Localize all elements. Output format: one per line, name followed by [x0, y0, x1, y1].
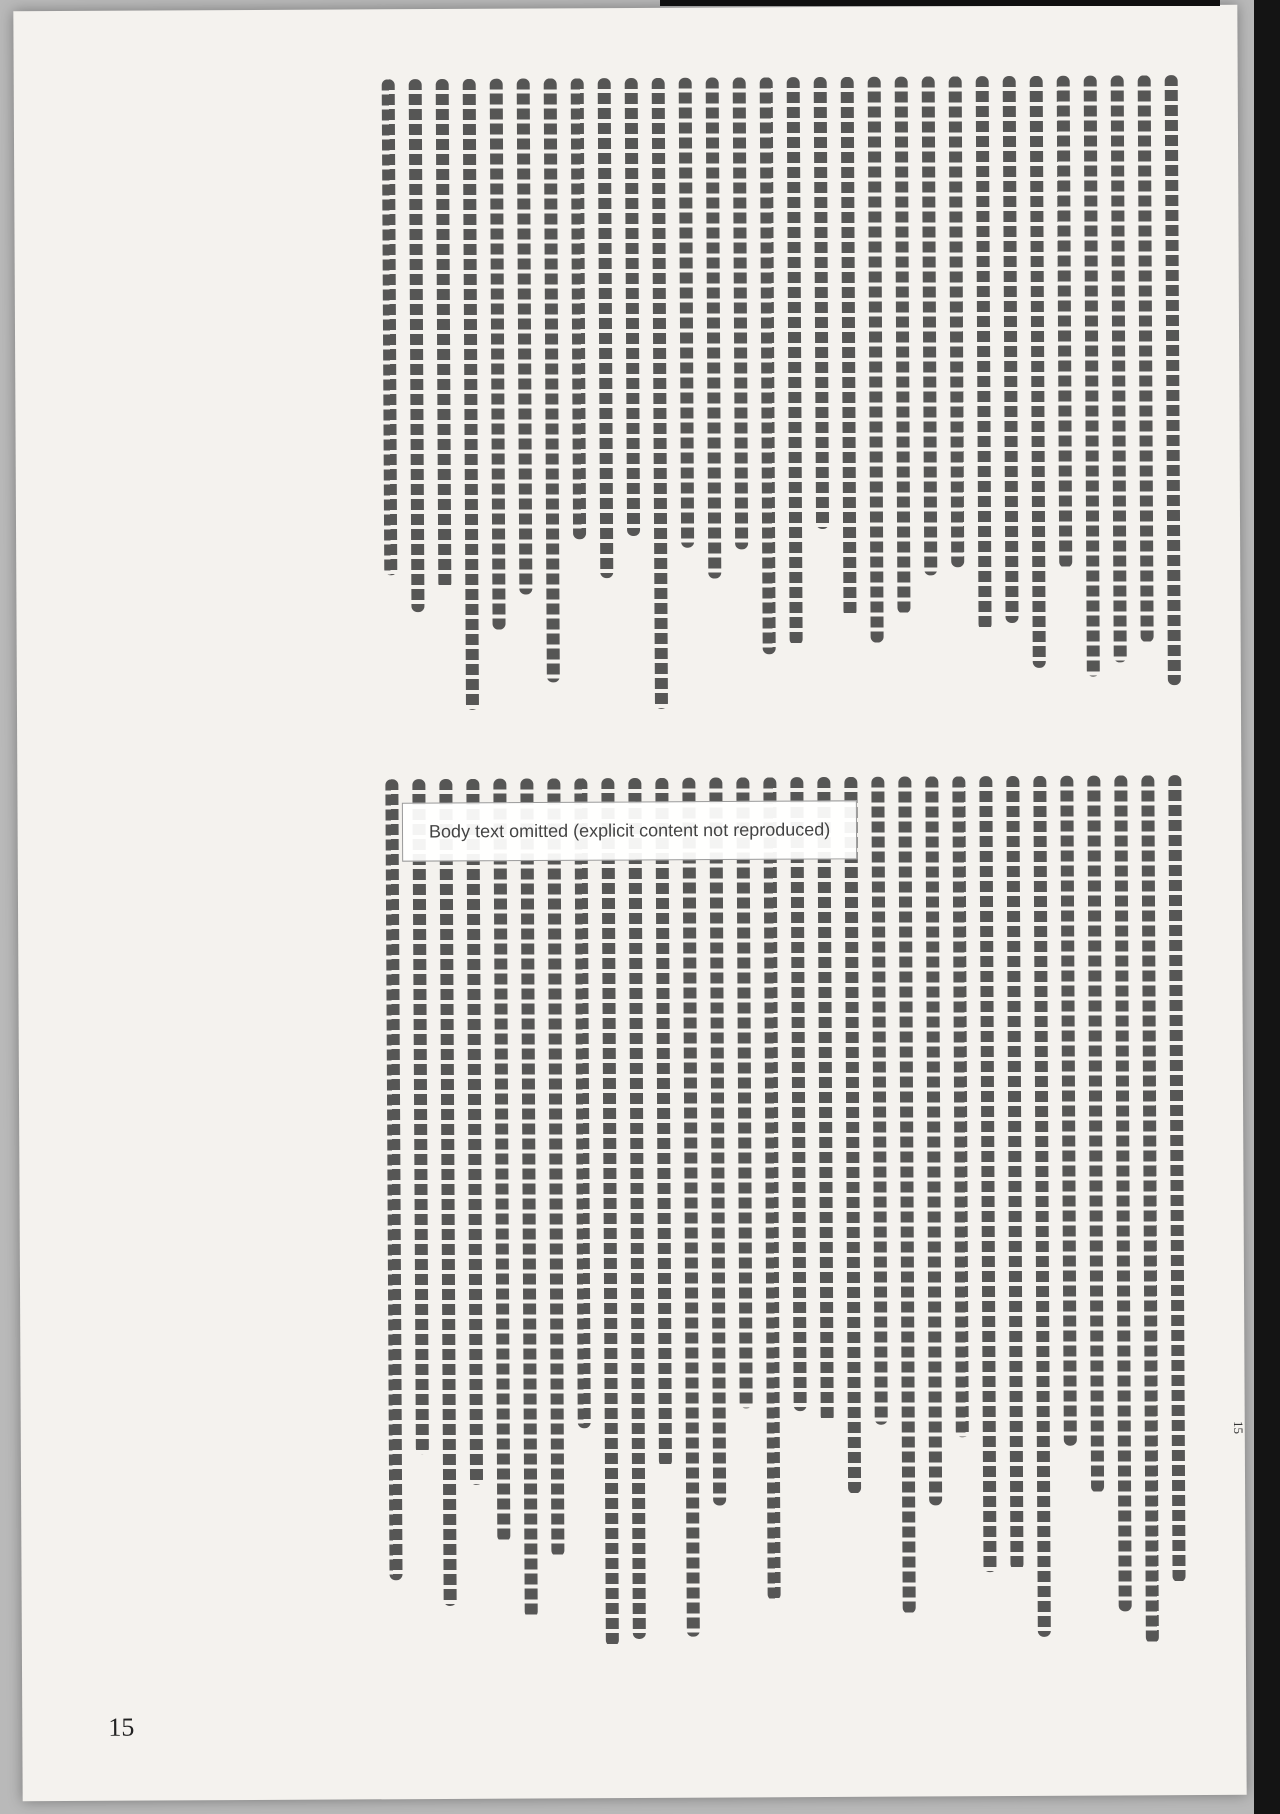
content-omitted-notice: Body text omitted (explicit content not …	[402, 801, 858, 862]
text-column-placeholder	[385, 779, 402, 1580]
text-column-placeholder	[760, 77, 776, 654]
scan-edge	[1254, 0, 1280, 1814]
text-column-placeholder	[1141, 775, 1159, 1643]
text-column-placeholder	[979, 776, 996, 1572]
scanned-page: Body text omitted (explicit content not …	[13, 5, 1246, 1801]
text-column-placeholder	[517, 79, 533, 595]
text-column-placeholder	[544, 78, 560, 682]
text-column-placeholder	[412, 779, 429, 1454]
text-column-placeholder	[439, 779, 456, 1606]
text-column-placeholder	[1111, 75, 1127, 663]
text-block-upper	[382, 75, 1181, 719]
text-column-placeholder	[493, 779, 510, 1542]
text-column-placeholder	[1084, 76, 1100, 677]
text-column-placeholder	[601, 778, 619, 1646]
scan-artifact-line	[660, 0, 1220, 6]
text-column-placeholder	[1168, 775, 1185, 1582]
text-column-placeholder	[1003, 76, 1019, 623]
text-column-placeholder	[1060, 776, 1077, 1446]
text-column-placeholder	[1057, 76, 1073, 568]
text-column-placeholder	[409, 79, 425, 612]
text-column-placeholder	[1138, 75, 1154, 642]
text-column-placeholder	[1030, 76, 1046, 668]
text-column-placeholder	[628, 778, 646, 1639]
text-column-placeholder	[952, 776, 968, 1437]
text-column-placeholder	[466, 779, 483, 1485]
text-column-placeholder	[1087, 776, 1104, 1493]
text-column-placeholder	[736, 777, 752, 1408]
text-column-placeholder	[868, 77, 884, 643]
text-column-placeholder	[814, 77, 829, 529]
text-column-placeholder	[817, 777, 833, 1422]
text-column-placeholder	[844, 777, 861, 1494]
text-column-placeholder	[652, 78, 668, 709]
text-column-placeholder	[547, 778, 564, 1556]
text-column-placeholder	[574, 778, 590, 1428]
text-column-placeholder	[925, 776, 942, 1505]
text-column-placeholder	[1033, 776, 1051, 1637]
text-column-placeholder	[871, 777, 887, 1425]
text-column-placeholder	[598, 78, 614, 578]
text-column-placeholder	[1006, 776, 1023, 1570]
margin-page-number: 15	[1230, 1421, 1246, 1434]
text-column-placeholder	[1114, 775, 1131, 1611]
text-column-placeholder	[787, 77, 803, 645]
text-block-lower	[385, 775, 1186, 1659]
text-column-placeholder	[382, 79, 398, 575]
text-column-placeholder	[463, 79, 479, 710]
text-column-placeholder	[682, 778, 699, 1637]
text-column-placeholder	[895, 77, 911, 614]
text-column-placeholder	[706, 78, 722, 579]
text-column-placeholder	[898, 777, 915, 1614]
text-column-placeholder	[490, 79, 506, 630]
text-column-placeholder	[655, 778, 672, 1468]
text-column-placeholder	[520, 779, 537, 1618]
text-column-placeholder	[436, 79, 452, 589]
text-column-placeholder	[679, 78, 694, 548]
text-column-placeholder	[733, 77, 748, 549]
text-column-placeholder	[625, 78, 640, 536]
text-column-placeholder	[949, 76, 965, 567]
text-column-placeholder	[1165, 75, 1181, 685]
text-column-placeholder	[841, 77, 857, 617]
page-number: 15	[108, 1713, 134, 1743]
text-column-placeholder	[571, 78, 586, 539]
text-column-placeholder	[976, 76, 992, 630]
text-column-placeholder	[763, 777, 780, 1600]
text-column-placeholder	[922, 76, 938, 575]
text-column-placeholder	[709, 778, 726, 1506]
text-column-placeholder	[790, 777, 806, 1411]
